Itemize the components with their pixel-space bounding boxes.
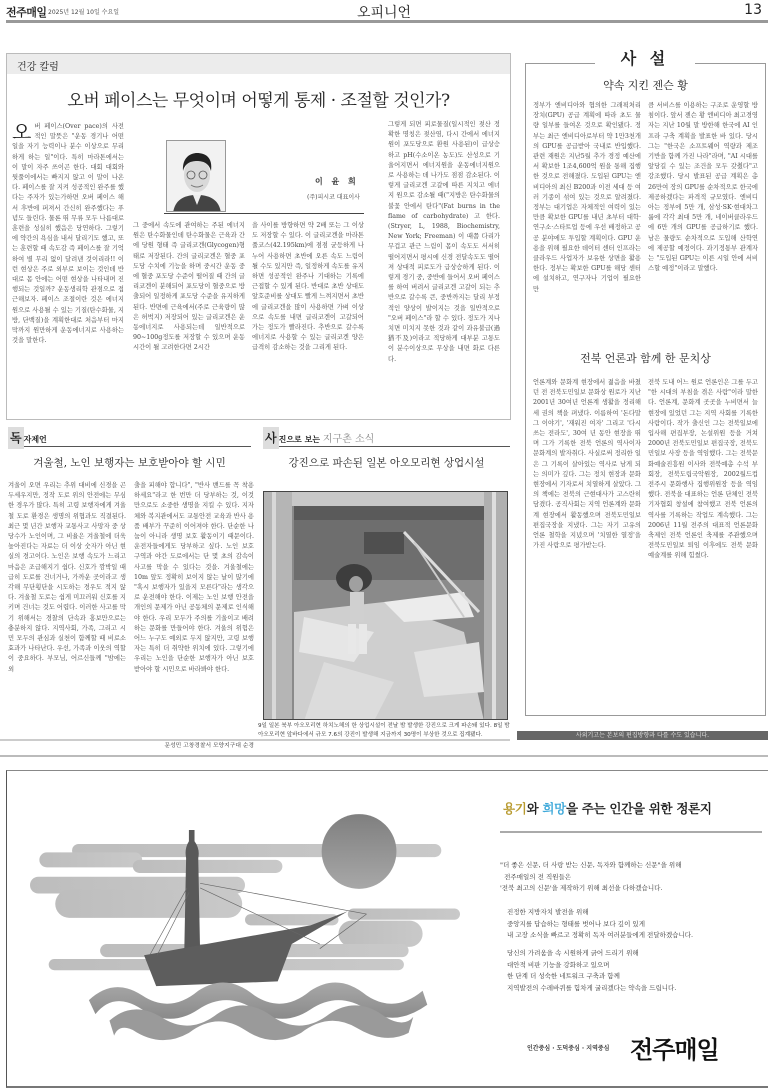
section-label: 자제언 <box>24 435 47 444</box>
editorial-2-body-2: 전북 도내 어느 원로 언론인은 그를 두고 "한 시대의 부침을 겪은 사람"… <box>648 378 758 710</box>
ad-rule <box>500 831 762 833</box>
health-column-body-2: 그 중에서 속도에 관여하는 주된 에너지원은 탄수화물인데 탄수화물은 근육과… <box>133 221 245 414</box>
photo-caption: 9일 일본 북부 아오모리현 하치노헤의 한 상업시설이 전날 밤 발생한 강진… <box>258 722 510 740</box>
ad-footer-tagline: 인간중심 · 도덕중심 · 지역중심 <box>527 1043 609 1052</box>
reader-letter-title: 겨울철, 노인 보행자는 보호받아야 할 시민 <box>8 455 251 470</box>
ad-paragraph-2: 진정한 지방자치 발전을 위해 중앙지를 답습하는 형태를 벗어나 보다 깊이 … <box>507 907 693 942</box>
world-news-title: 강진으로 파손된 일본 아오모리현 상업시설 <box>263 455 510 470</box>
earthquake-photo <box>263 491 508 720</box>
health-column-tag: 건강 칼럼 <box>7 54 510 74</box>
health-column-body-1: 오버 페이스(Over pace)의 사전적인 말뜻은 "운동 경기나 어떤 일… <box>12 122 124 414</box>
reader-letter-body-1: 겨울이 오면 우리는 추위 대비에 신경을 곤두세우지만, 정작 도로 위의 안… <box>8 481 126 733</box>
world-news-section-bar: 사진으로 보는 지구촌 소식 <box>263 427 510 447</box>
editorial-2-body-1: 언론계와 문화계 현장에서 젊음을 바쳤던 전 전북도민일보 문화상 원로가 지… <box>533 378 641 710</box>
author-portrait-icon <box>167 141 226 212</box>
reader-letter-section-bar: 독자제언 <box>8 427 251 447</box>
health-column-body-4: 그렇게 되면 피로물질(일시적인 젖산 정확한 명칭은 젖산염, 다시 간에서 … <box>388 120 500 414</box>
editorial-title-1: 약속 지킨 젠슨 황 <box>525 77 766 93</box>
health-column-body-3: 을 사이를 방향하면 약 2배 또는 그 이상도 저장할 수 있다. 이 글리코… <box>252 221 364 414</box>
ad-illustration <box>30 800 460 1060</box>
pen-ship-illustration-icon <box>30 800 460 1060</box>
ad-divider <box>0 755 768 757</box>
reader-letter-signature: 문성민 고창경찰서 모양지구대 순경 <box>134 740 254 749</box>
section-title: 오피니언 <box>0 2 768 22</box>
editorial-1-body-2: 큼 서비스를 이용하는 구조로 운영할 방침이다. 앞서 젠슨 황 엔비디아 최… <box>648 101 758 337</box>
author-photo <box>166 140 226 212</box>
editorial-1-body-1: 정부가 엔비디아와 협의한 그래픽처리장치(GPU) 공급 계획에 따라 초도 … <box>533 101 641 337</box>
slogan-hope: 희망 <box>542 801 566 816</box>
health-column-title: 오버 페이스는 무엇이며 어떻게 통제 · 조절할 것인가? <box>6 86 511 111</box>
editorial-header: 사 설 <box>595 46 695 69</box>
page-number: 13 <box>744 2 762 18</box>
section-initial: 사 <box>263 427 279 449</box>
masthead-rule <box>6 20 768 23</box>
author-role: (주)피시코 대표이사 <box>307 192 360 201</box>
reader-letter-body-2: 출을 피해야 합니다", "반사 밴드를 꼭 착용하세요"라고 한 번만 더 당… <box>134 481 254 737</box>
slogan-courage: 용기 <box>503 801 527 816</box>
disclaimer-bar: 사외기고는 본보의 편집방향과 다를 수도 있습니다. <box>517 731 768 740</box>
section-label: 진으로 보는 <box>279 435 323 444</box>
ad-footer-logo: 전주매일 <box>630 1030 719 1065</box>
section-label-grey: 지구촌 소식 <box>323 434 374 445</box>
ad-paragraph-1: "더 좋은 신문, 더 사랑 받는 신문, 독자와 함께하는 신문"을 위해 전… <box>500 860 681 895</box>
damaged-mall-image-icon <box>264 492 508 720</box>
dropcap: 오 <box>12 122 31 142</box>
editorial-title-2: 전북 언론과 함께 한 문치상 <box>525 350 766 366</box>
section-initial: 독 <box>8 427 24 449</box>
ad-slogan: 용기와 희망을 주는 인간을 위한 정론지 <box>503 799 712 817</box>
ad-paragraph-3: 당신의 가려움을 속 시원하게 긁어 드리기 위해 대안적 비판 기능을 강화하… <box>507 948 676 994</box>
author-name: 이 윤 희 <box>315 176 359 187</box>
section-divider <box>0 739 510 741</box>
author-rule <box>164 213 364 214</box>
